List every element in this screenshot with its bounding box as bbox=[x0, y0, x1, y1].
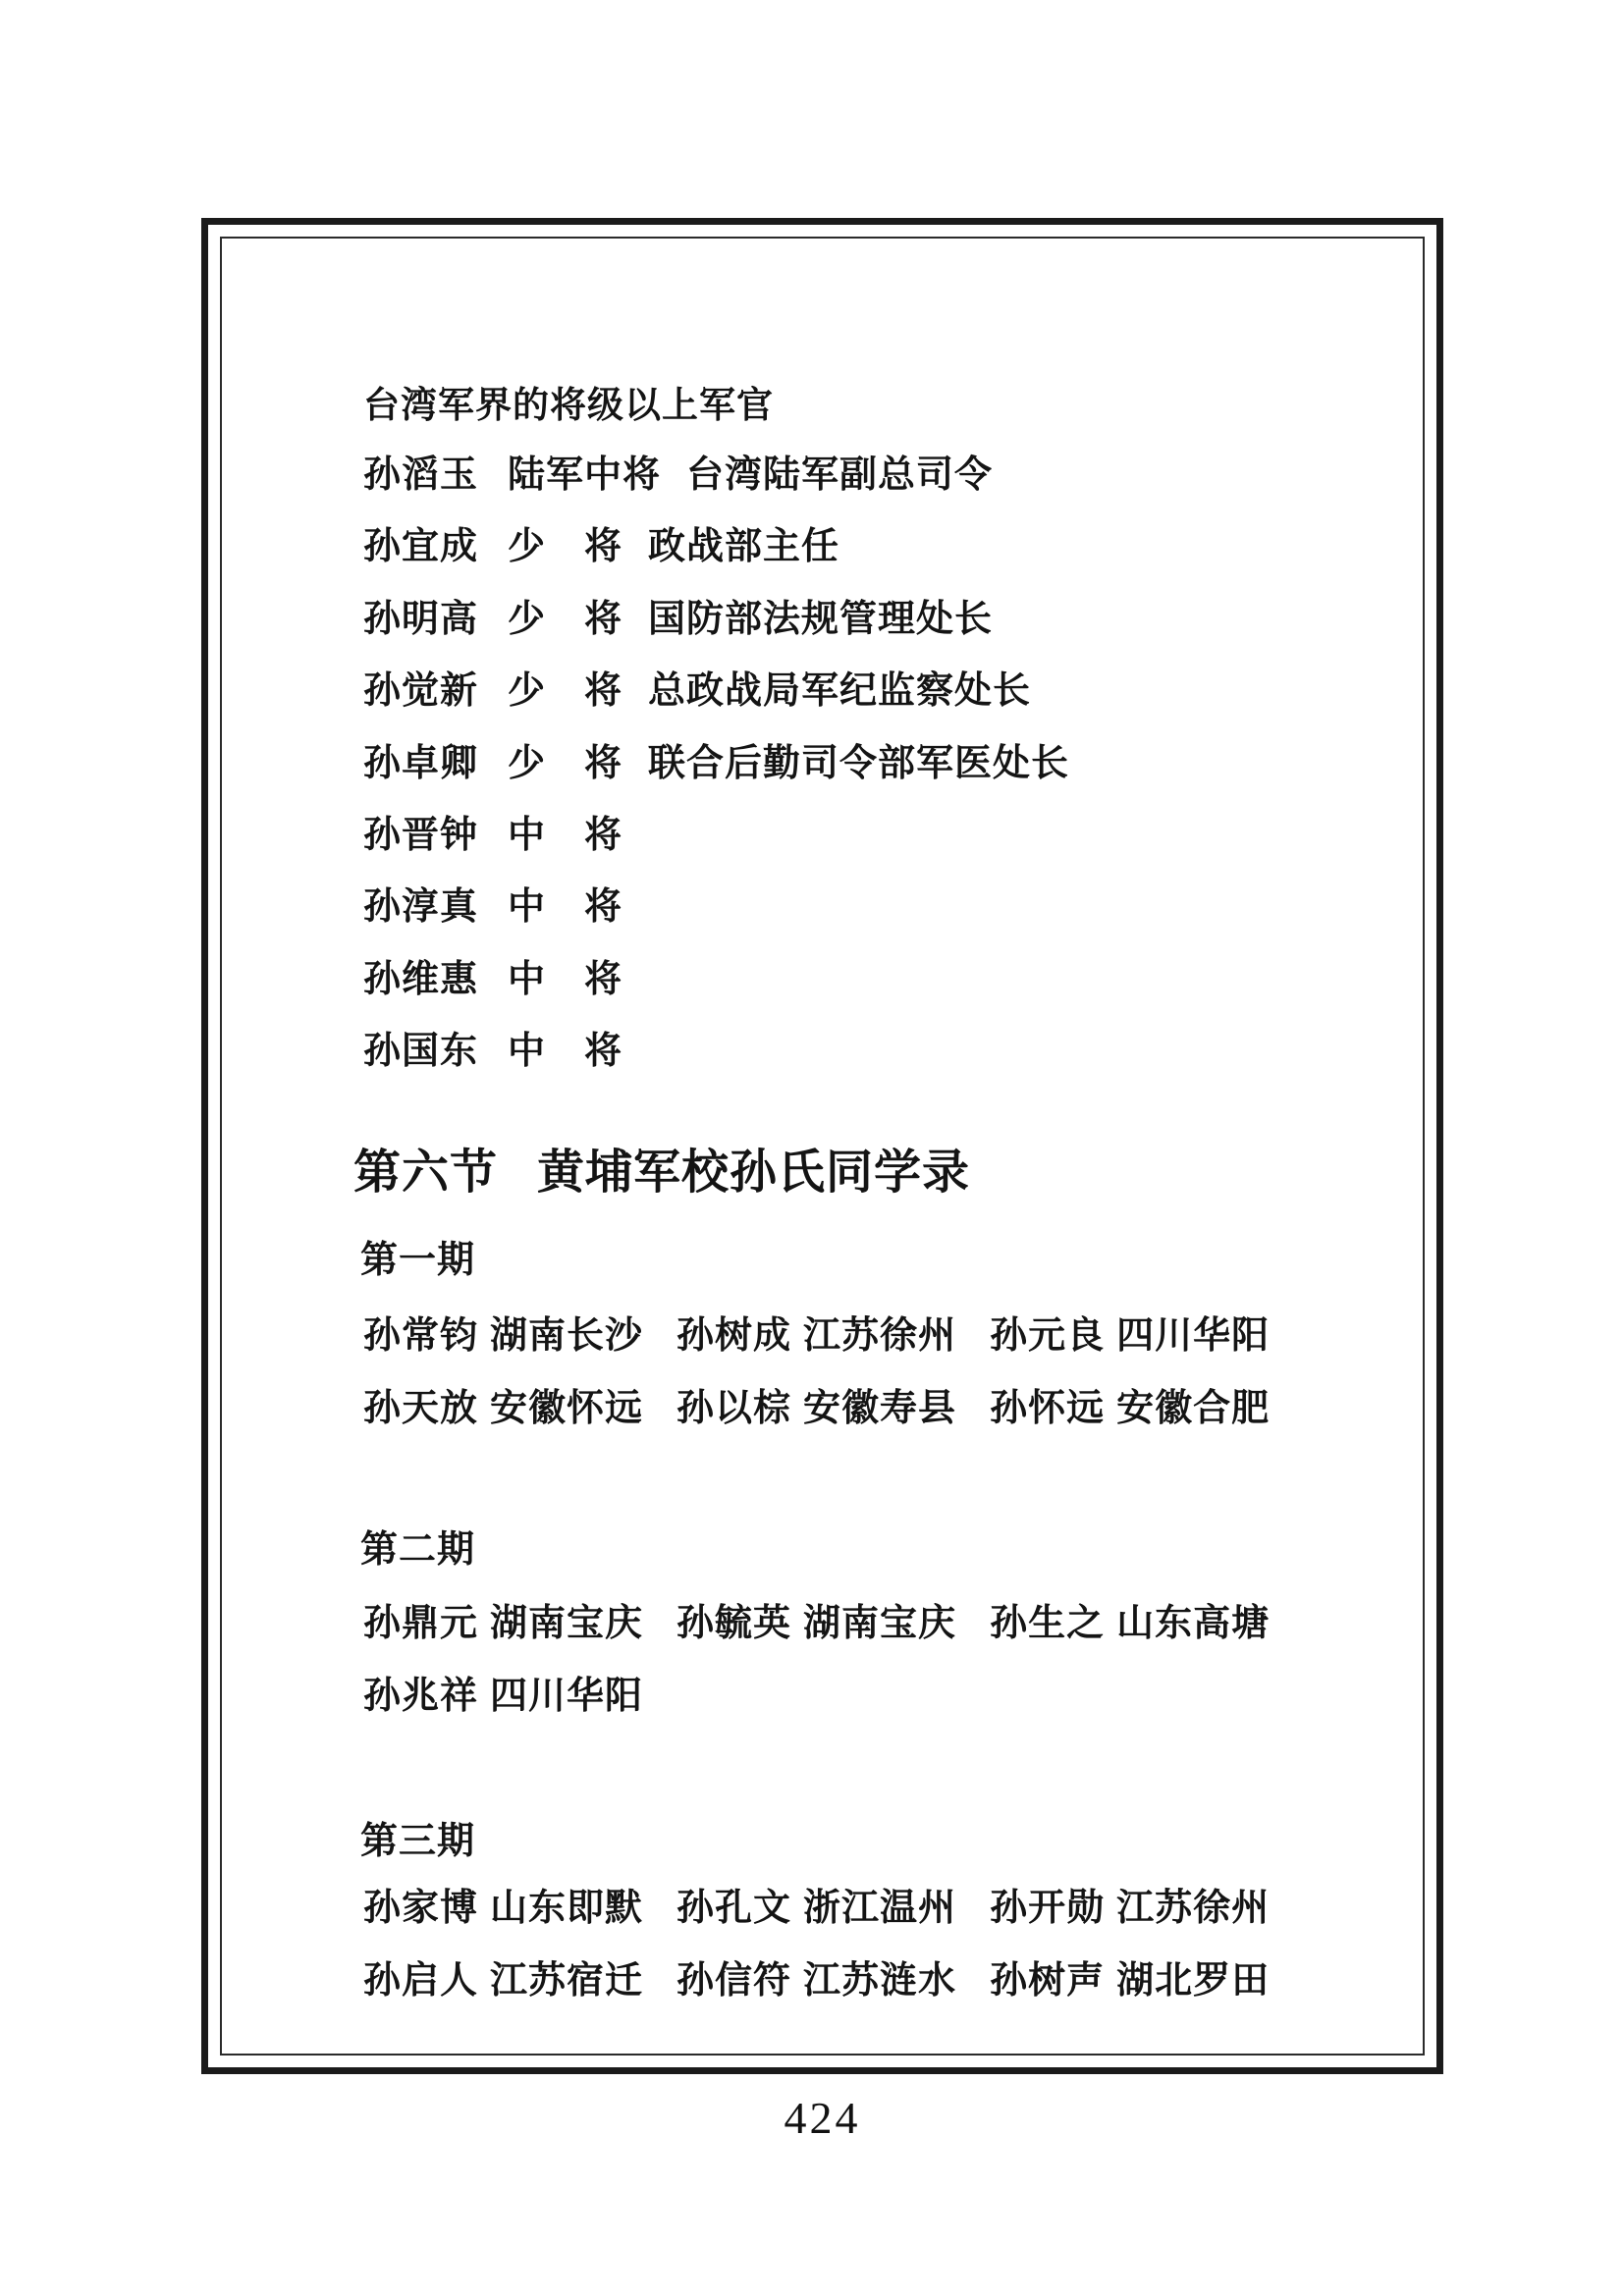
alumni-entry: 孙树声湖北罗田 bbox=[990, 1960, 1270, 2000]
section-title: 第六节黄埔军校孙氏同学录 bbox=[353, 1147, 970, 1198]
section-number: 第六节 bbox=[353, 1145, 498, 1200]
officer-row: 孙觉新少 将总政战局军纪监察处长 bbox=[363, 670, 1069, 742]
alumni-place: 湖南宝庆 bbox=[490, 1603, 643, 1642]
officer-title: 台湾陆军副总司令 bbox=[686, 454, 993, 494]
alumni-place: 安徽合肥 bbox=[1116, 1388, 1270, 1427]
alumni-entry: 孙毓英湖南宝庆 bbox=[676, 1603, 956, 1642]
officer-row: 孙明高少 将国防部法规管理处长 bbox=[363, 599, 1069, 670]
book-page: 台湾军界的将级以上军官 孙滔玉陆军中将台湾陆军副总司令孙宜成少 将政战部主任孙明… bbox=[0, 0, 1623, 2296]
officer-row: 孙滔玉陆军中将台湾陆军副总司令 bbox=[363, 454, 1069, 526]
alumni-row: 孙常钧湖南长沙孙树成江苏徐州孙元良四川华阳 bbox=[363, 1315, 1270, 1388]
alumni-name: 孙兆祥 bbox=[363, 1676, 478, 1715]
page-number: 424 bbox=[201, 2095, 1443, 2142]
period-rows: 孙常钧湖南长沙孙树成江苏徐州孙元良四川华阳孙天放安徽怀远孙以棕安徽寿县孙怀远安徽… bbox=[363, 1315, 1270, 1460]
officer-rank: 中 将 bbox=[508, 959, 622, 998]
alumni-entry: 孙怀远安徽合肥 bbox=[990, 1388, 1270, 1427]
alumni-place: 江苏徐州 bbox=[803, 1315, 956, 1355]
alumni-row: 孙鼎元湖南宝庆孙毓英湖南宝庆孙生之山东高塘 bbox=[363, 1603, 1270, 1676]
officer-row: 孙维惠中 将 bbox=[363, 959, 1069, 1031]
alumni-entry: 孙孔文浙江温州 bbox=[676, 1888, 956, 1927]
officer-name: 孙维惠 bbox=[363, 959, 478, 998]
alumni-place: 安徽怀远 bbox=[490, 1388, 643, 1427]
officer-name: 孙宜成 bbox=[363, 526, 478, 565]
officer-name: 孙淳真 bbox=[363, 886, 478, 926]
alumni-name: 孙生之 bbox=[990, 1603, 1105, 1642]
officer-name: 孙晋钟 bbox=[363, 815, 478, 854]
alumni-name: 孙天放 bbox=[363, 1388, 478, 1427]
alumni-entry: 孙家博山东即默 bbox=[363, 1888, 643, 1927]
alumni-place: 山东高塘 bbox=[1116, 1603, 1270, 1642]
officer-rank: 陆军中将 bbox=[508, 454, 661, 494]
alumni-entry: 孙元良四川华阳 bbox=[990, 1315, 1270, 1355]
officer-rank: 少 将 bbox=[508, 526, 622, 565]
officer-name: 孙明高 bbox=[363, 599, 478, 638]
alumni-place: 四川华阳 bbox=[490, 1676, 643, 1715]
alumni-place: 浙江温州 bbox=[803, 1888, 956, 1927]
alumni-place: 湖南长沙 bbox=[490, 1315, 643, 1355]
officer-name: 孙滔玉 bbox=[363, 454, 478, 494]
alumni-place: 江苏徐州 bbox=[1116, 1888, 1270, 1927]
officer-row: 孙宜成少 将政战部主任 bbox=[363, 526, 1069, 598]
officer-name: 孙觉新 bbox=[363, 670, 478, 710]
officer-rank: 中 将 bbox=[508, 1031, 622, 1070]
officer-row: 孙国东中 将 bbox=[363, 1031, 1069, 1102]
alumni-name: 孙怀远 bbox=[990, 1388, 1105, 1427]
alumni-name: 孙毓英 bbox=[676, 1603, 791, 1642]
officer-rank: 中 将 bbox=[508, 815, 622, 854]
taiwan-officers-list: 孙滔玉陆军中将台湾陆军副总司令孙宜成少 将政战部主任孙明高少 将国防部法规管理处… bbox=[363, 454, 1069, 1103]
section-title-text: 黄埔军校孙氏同学录 bbox=[537, 1145, 970, 1200]
alumni-entry: 孙开勋江苏徐州 bbox=[990, 1888, 1270, 1927]
alumni-place: 江苏涟水 bbox=[803, 1960, 956, 2000]
officer-row: 孙卓卿少 将联合后勤司令部军医处长 bbox=[363, 743, 1069, 815]
alumni-name: 孙元良 bbox=[990, 1315, 1105, 1355]
alumni-name: 孙树成 bbox=[676, 1315, 791, 1355]
officer-rank: 少 将 bbox=[508, 670, 622, 710]
alumni-row: 孙兆祥四川华阳 bbox=[363, 1676, 1270, 1748]
taiwan-officers-heading: 台湾军界的将级以上军官 bbox=[363, 387, 774, 424]
alumni-name: 孙孔文 bbox=[676, 1888, 791, 1927]
alumni-entry: 孙鼎元湖南宝庆 bbox=[363, 1603, 643, 1642]
alumni-name: 孙常钧 bbox=[363, 1315, 478, 1355]
officer-name: 孙国东 bbox=[363, 1031, 478, 1070]
alumni-place: 山东即默 bbox=[490, 1888, 643, 1927]
officer-title: 国防部法规管理处长 bbox=[648, 599, 993, 638]
alumni-entry: 孙天放安徽怀远 bbox=[363, 1388, 643, 1427]
alumni-name: 孙鼎元 bbox=[363, 1603, 478, 1642]
period-rows: 孙鼎元湖南宝庆孙毓英湖南宝庆孙生之山东高塘孙兆祥四川华阳 bbox=[363, 1603, 1270, 1747]
alumni-row: 孙天放安徽怀远孙以棕安徽寿县孙怀远安徽合肥 bbox=[363, 1388, 1270, 1461]
alumni-entry: 孙生之山东高塘 bbox=[990, 1603, 1270, 1642]
officer-rank: 少 将 bbox=[508, 743, 622, 782]
officer-row: 孙晋钟中 将 bbox=[363, 815, 1069, 886]
alumni-name: 孙开勋 bbox=[990, 1888, 1105, 1927]
alumni-entry: 孙启人江苏宿迁 bbox=[363, 1960, 643, 2000]
alumni-place: 湖北罗田 bbox=[1116, 1960, 1270, 2000]
alumni-name: 孙家博 bbox=[363, 1888, 478, 1927]
alumni-row: 孙家博山东即默孙孔文浙江温州孙开勋江苏徐州 bbox=[363, 1888, 1270, 1960]
alumni-entry: 孙以棕安徽寿县 bbox=[676, 1388, 956, 1427]
period-rows: 孙家博山东即默孙孔文浙江温州孙开勋江苏徐州孙启人江苏宿迁孙信符江苏涟水孙树声湖北… bbox=[363, 1888, 1270, 2032]
officer-rank: 少 将 bbox=[508, 599, 622, 638]
alumni-name: 孙启人 bbox=[363, 1960, 478, 2000]
officer-row: 孙淳真中 将 bbox=[363, 886, 1069, 958]
officer-title: 联合后勤司令部军医处长 bbox=[648, 743, 1069, 782]
officer-title: 政战部主任 bbox=[648, 526, 839, 565]
alumni-name: 孙信符 bbox=[676, 1960, 791, 2000]
alumni-name: 孙以棕 bbox=[676, 1388, 791, 1427]
alumni-place: 安徽寿县 bbox=[803, 1388, 956, 1427]
alumni-place: 江苏宿迁 bbox=[490, 1960, 643, 2000]
alumni-row: 孙启人江苏宿迁孙信符江苏涟水孙树声湖北罗田 bbox=[363, 1960, 1270, 2033]
officer-name: 孙卓卿 bbox=[363, 743, 478, 782]
officer-title: 总政战局军纪监察处长 bbox=[648, 670, 1031, 710]
officer-rank: 中 将 bbox=[508, 886, 622, 926]
period-label: 第二期 bbox=[360, 1529, 475, 1569]
alumni-place: 四川华阳 bbox=[1116, 1315, 1270, 1355]
alumni-name: 孙树声 bbox=[990, 1960, 1105, 2000]
alumni-place: 湖南宝庆 bbox=[803, 1603, 956, 1642]
alumni-entry: 孙常钧湖南长沙 bbox=[363, 1315, 643, 1355]
alumni-entry: 孙树成江苏徐州 bbox=[676, 1315, 956, 1355]
alumni-entry: 孙兆祥四川华阳 bbox=[363, 1676, 643, 1715]
alumni-entry: 孙信符江苏涟水 bbox=[676, 1960, 956, 2000]
period-label: 第一期 bbox=[360, 1240, 475, 1279]
period-label: 第三期 bbox=[360, 1821, 475, 1860]
